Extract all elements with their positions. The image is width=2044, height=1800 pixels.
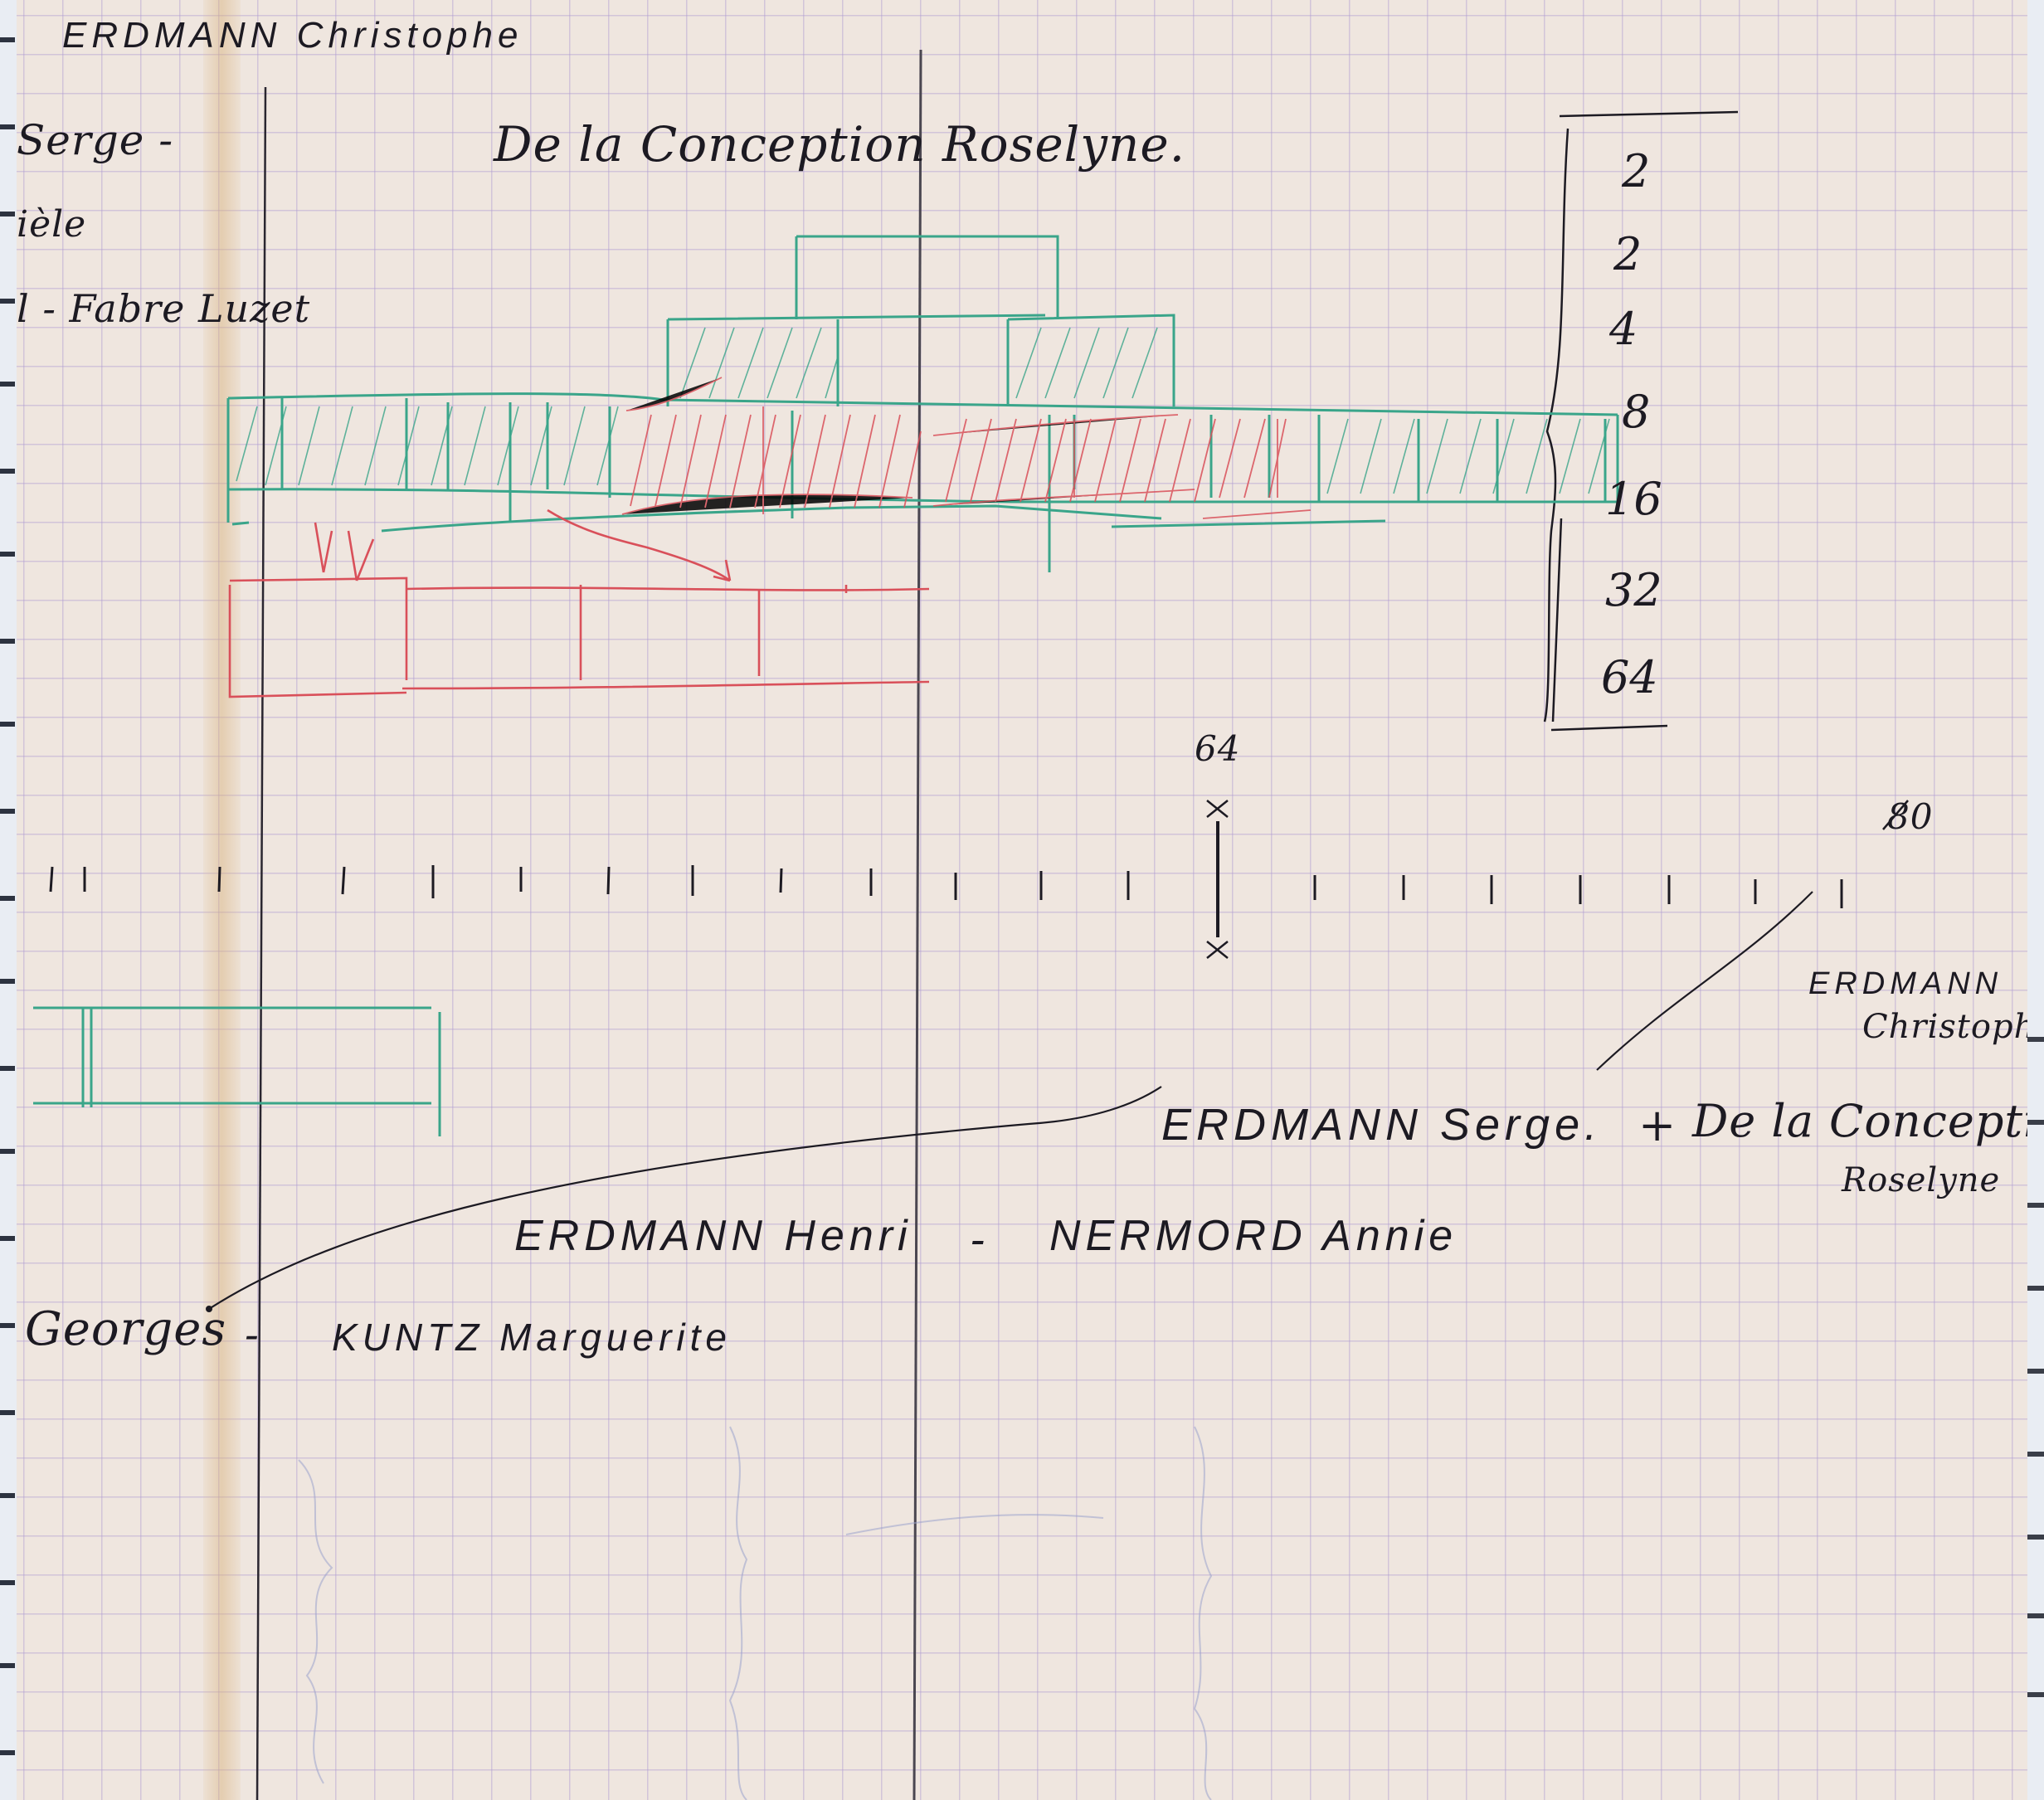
right-couple-firstname: Christophe: [1862, 1008, 2027, 1046]
couple-nermord-annie: NERMORD Annie: [1049, 1211, 1458, 1261]
left-margin-fabre: l - Fabre Luzet: [17, 286, 310, 331]
scale-label-2b: 2: [1613, 228, 1642, 280]
ruler-end-label: 80: [1887, 796, 1933, 837]
couple-plus-sign: +: [1638, 1099, 1677, 1151]
scale-label-64: 64: [1601, 651, 1658, 703]
scale-label-2a: 2: [1622, 145, 1650, 197]
diagram-title: De la Conception Roselyne.: [494, 116, 1185, 173]
scale-label-32: 32: [1605, 564, 1662, 616]
left-margin-iele: ièle: [17, 203, 86, 246]
ruler-marker-label: 64: [1195, 728, 1240, 769]
couple-dash-2: -: [245, 1311, 260, 1359]
couple-de-la-conception: De la Conception: [1692, 1095, 2027, 1147]
scale-label-4: 4: [1609, 303, 1638, 355]
couple-erdmann-serge: ERDMANN Serge.: [1161, 1099, 1602, 1151]
couple-dash: -: [971, 1215, 986, 1265]
scale-label-16: 16: [1605, 473, 1662, 525]
sketch-drawing: [17, 0, 2027, 1800]
right-couple-surname: ERDMANN: [1808, 966, 2003, 1002]
scale-label-8: 8: [1622, 386, 1650, 438]
couple-georges: Georges: [25, 1302, 226, 1356]
graph-paper-sheet: ERDMANN Christophe De la Conception Rose…: [17, 0, 2027, 1800]
left-binder-edge: [0, 0, 17, 1800]
left-margin-serge: Serge -: [17, 116, 173, 164]
margin-line: [257, 87, 266, 1800]
right-binder-edge: [2027, 0, 2044, 1800]
center-pencil-line: [914, 50, 922, 1800]
couple-roselyne: Roselyne: [1842, 1161, 2000, 1199]
top-name: ERDMANN Christophe: [62, 15, 523, 56]
couple-kuntz-marguerite: KUNTZ Marguerite: [332, 1315, 732, 1360]
couple-erdmann-henri: ERDMANN Henri: [514, 1211, 912, 1261]
